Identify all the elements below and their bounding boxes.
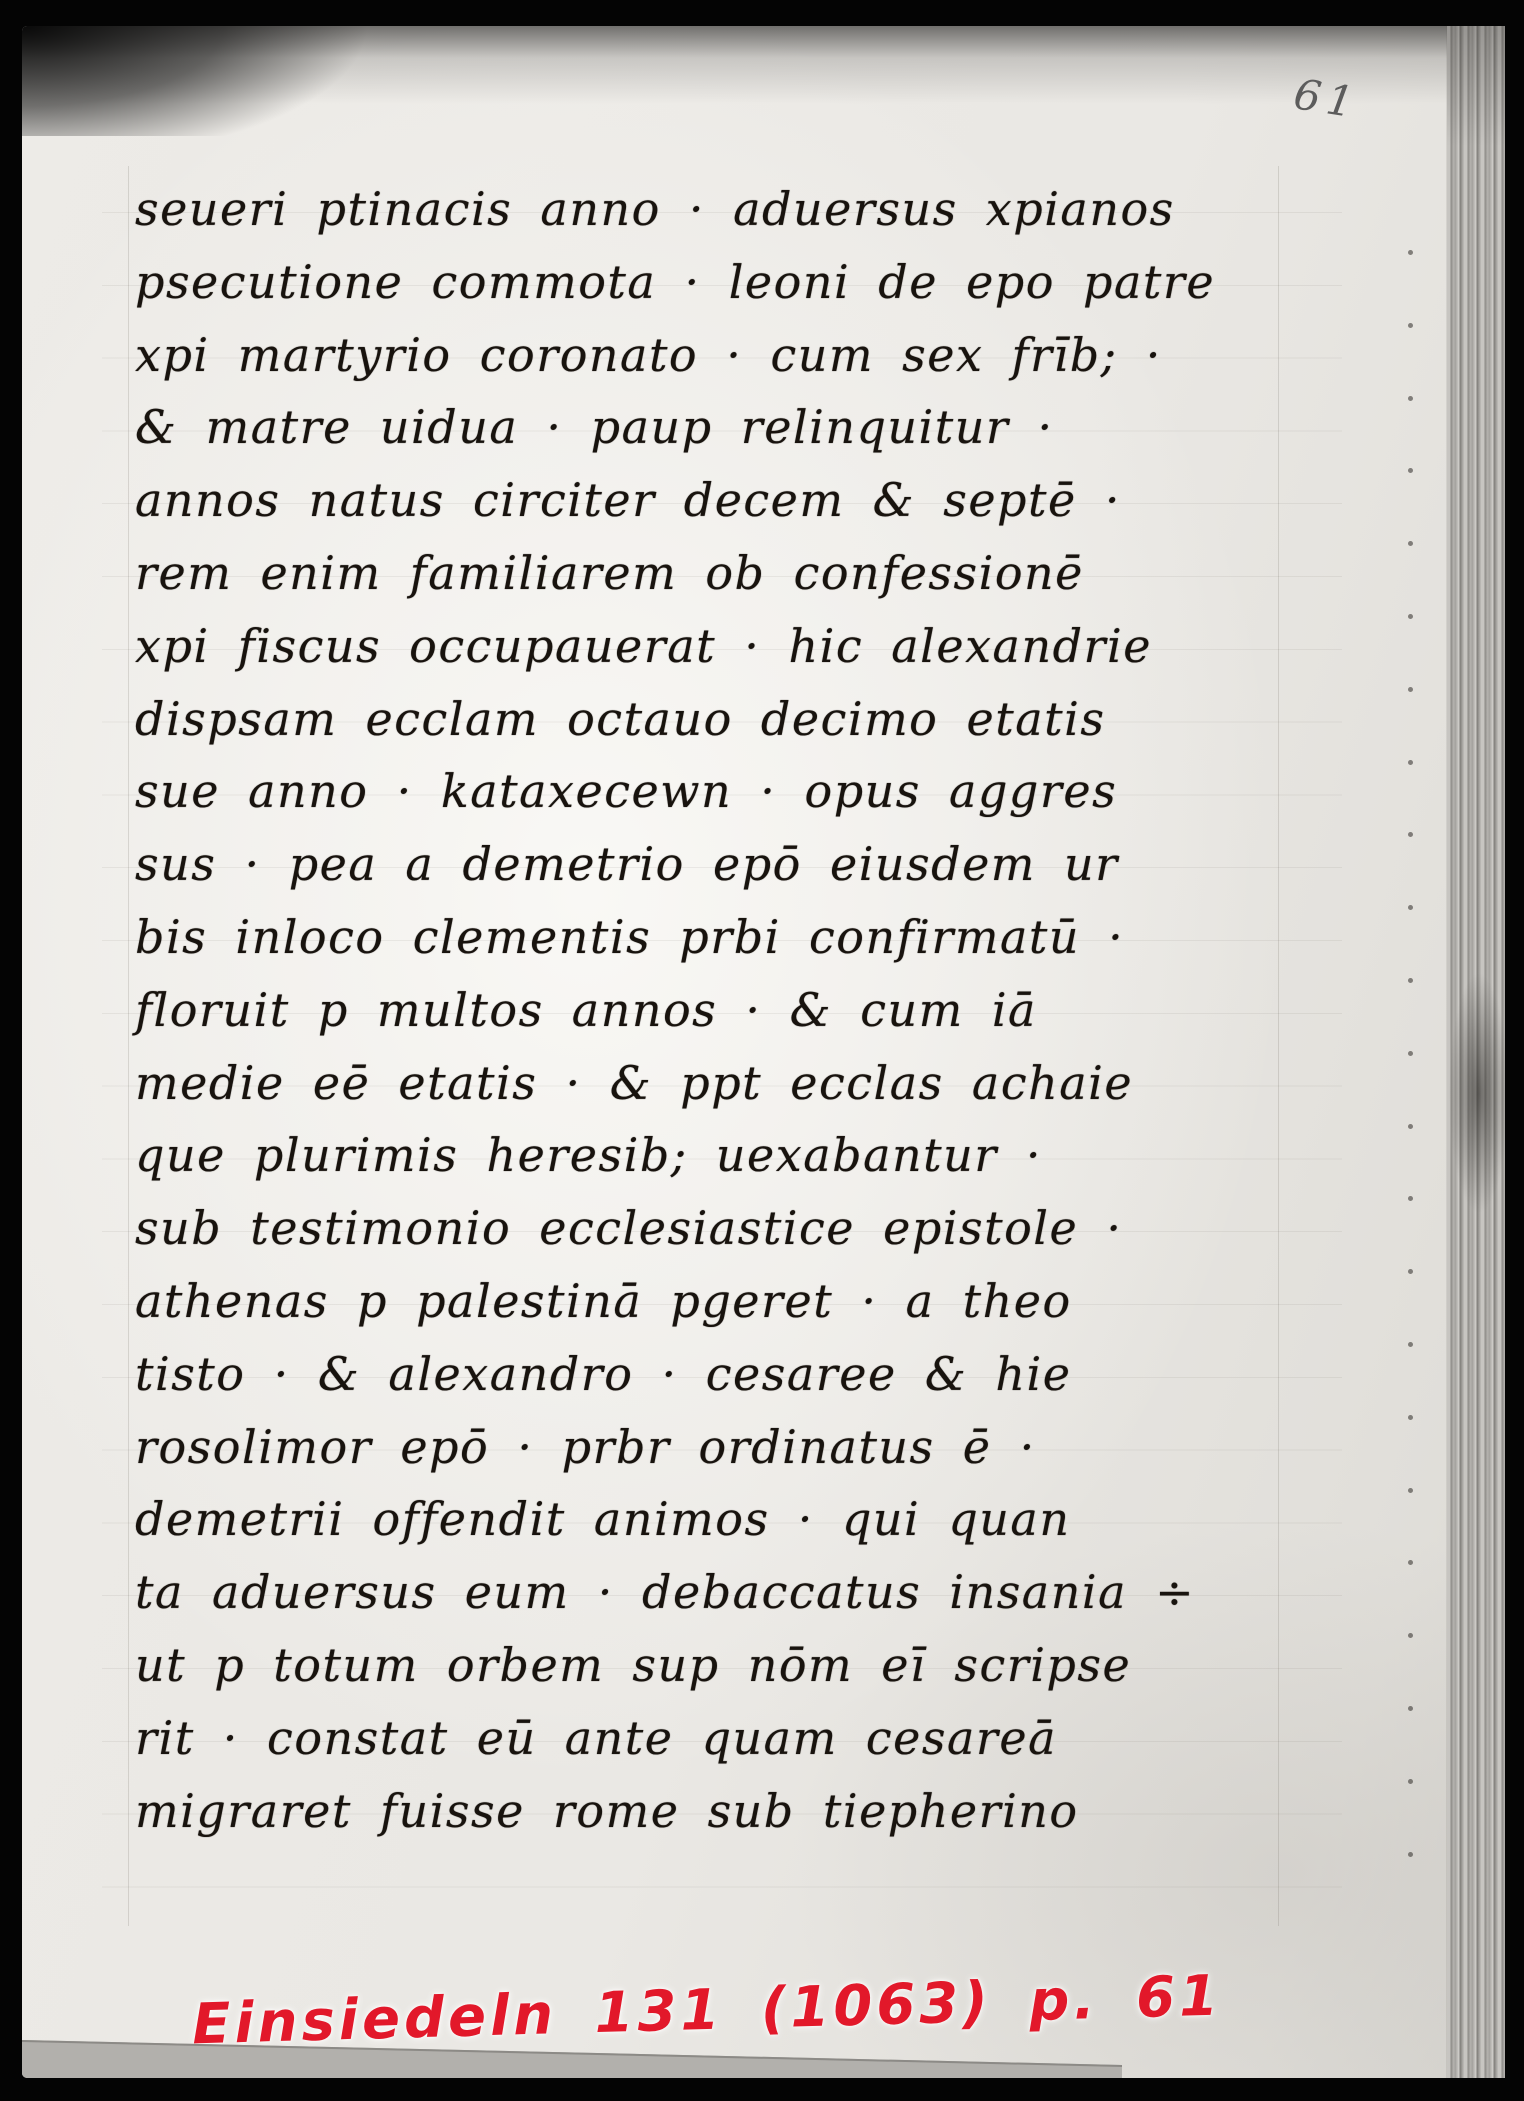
pricking-hole [1408, 1779, 1413, 1784]
manuscript-page: 61 seueri ptinacis anno · aduersus xpian… [22, 26, 1505, 2078]
manuscript-text-line: rem enim familiarem ob confessionē [135, 546, 1425, 619]
manuscript-text-line: psecutione commota · leoni de epo patre [135, 255, 1425, 328]
pricking-hole [1408, 978, 1413, 983]
pricking-hole [1408, 760, 1413, 765]
pricking-hole [1408, 687, 1413, 692]
manuscript-text-line: annos natus circiter decem & septē · [135, 473, 1425, 546]
pricking-hole [1408, 1124, 1413, 1129]
manuscript-text-line: seueri ptinacis anno · aduersus xpianos [135, 182, 1425, 255]
manuscript-text-line: medie eē etatis · & ppt ecclas achaie [135, 1056, 1425, 1129]
manuscript-text-line: ta aduersus eum · debaccatus insania ÷ [135, 1565, 1425, 1638]
librarian-annotation: Einsiedeln 131 (1063) p. 61 [191, 1964, 1223, 2058]
manuscript-text-block: seueri ptinacis anno · aduersus xpianosp… [135, 182, 1425, 1856]
pricking-hole [1408, 1852, 1413, 1857]
folio-number: 61 [1291, 69, 1363, 128]
manuscript-text-line: & matre uidua · paup relinquitur · [135, 400, 1425, 473]
manuscript-text-line: rosolimor epō · prbr ordinatus ē · [135, 1420, 1425, 1493]
pricking-hole [1408, 1051, 1413, 1056]
pricking-hole [1408, 1342, 1413, 1347]
pricking-hole [1408, 1415, 1413, 1420]
manuscript-text-line: bis inloco clementis prbi confirmatū · [135, 910, 1425, 983]
pricking-hole [1408, 250, 1413, 255]
pricking-hole [1408, 614, 1413, 619]
pricking-hole [1408, 323, 1413, 328]
pricking-hole [1408, 1706, 1413, 1711]
page-top-shadow [22, 26, 1505, 136]
manuscript-text-line: que plurimis heresib; uexabantur · [135, 1128, 1425, 1201]
manuscript-text-line: demetrii offendit animos · qui quan [135, 1492, 1425, 1565]
pricking-hole [1408, 1488, 1413, 1493]
manuscript-text-line: tisto · & alexandro · cesaree & hie [135, 1347, 1425, 1420]
manuscript-text-line: floruit p multos annos · & cum iā [135, 983, 1425, 1056]
manuscript-text-line: migraret fuisse rome sub tiepherino [135, 1784, 1425, 1857]
manuscript-text-line: dispsam ecclam octauo decimo etatis [135, 692, 1425, 765]
manuscript-text-line: sus · pea a demetrio epō eiusdem ur [135, 837, 1425, 910]
manuscript-text-line: rit · constat eū ante quam cesareā [135, 1711, 1425, 1784]
manuscript-text-line: sub testimonio ecclesiastice epistole · [135, 1201, 1425, 1274]
manuscript-photo: 61 seueri ptinacis anno · aduersus xpian… [0, 0, 1524, 2101]
book-page-edges [1447, 26, 1505, 2078]
pricking-hole [1408, 396, 1413, 401]
manuscript-text-line: athenas p palestinā pgeret · a theo [135, 1274, 1425, 1347]
manuscript-text-line: ut p totum orbem sup nōm eī scripse [135, 1638, 1425, 1711]
manuscript-text-line: xpi martyrio coronato · cum sex frīb; · [135, 328, 1425, 401]
left-margin-ruling [128, 166, 129, 1926]
manuscript-text-line: xpi fiscus occupauerat · hic alexandrie [135, 619, 1425, 692]
manuscript-text-line: sue anno · kataxecewn · opus aggres [135, 764, 1425, 837]
